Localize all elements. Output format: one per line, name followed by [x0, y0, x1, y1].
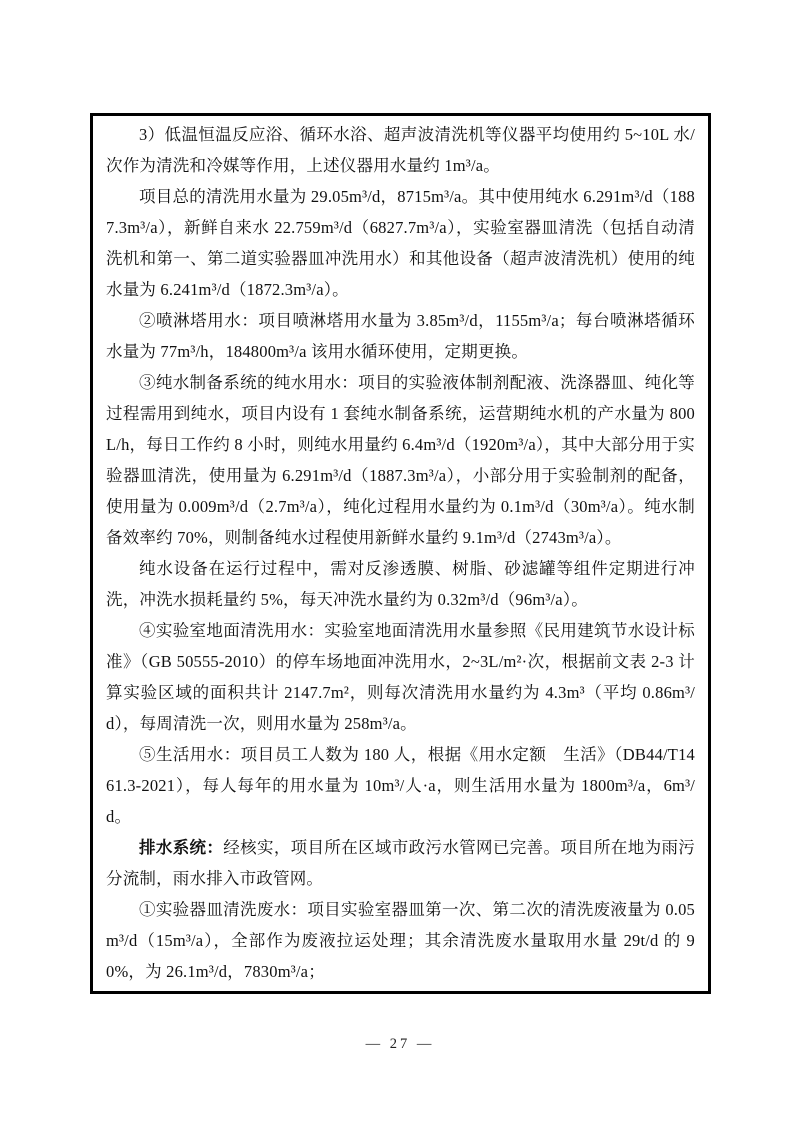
paragraph-text: ⑤生活用水：项目员工人数为 180 人，根据《用水定额 生活》（DB44/T14… [106, 745, 695, 826]
paragraph-prefix: 排水系统： [139, 838, 223, 857]
paragraph-equipment-flushing: 纯水设备在运行过程中，需对反渗透膜、树脂、砂滤罐等组件定期进行冲洗，冲洗水损耗量… [106, 553, 695, 615]
paragraph-text: ④实验室地面清洗用水：实验室地面清洗用水量参照《民用建筑节水设计标准》（GB 5… [106, 621, 695, 733]
paragraph-text: ①实验器皿清洗废水：项目实验室器皿第一次、第二次的清洗废液量为 0.05m³/d… [106, 900, 695, 981]
document-content-border: 3）低温恒温反应浴、循环水浴、超声波清洗机等仪器平均使用约 5~10L 水/次作… [90, 113, 711, 994]
page-number: — 27 — [0, 1036, 800, 1053]
paragraph-text: ③纯水制备系统的纯水用水：项目的实验液体制剂配液、洗涤器皿、纯化等过程需用到纯水… [106, 373, 695, 547]
paragraph-floor-cleaning-water: ④实验室地面清洗用水：实验室地面清洗用水量参照《民用建筑节水设计标准》（GB 5… [106, 615, 695, 739]
paragraph-text: 纯水设备在运行过程中，需对反渗透膜、树脂、砂滤罐等组件定期进行冲洗，冲洗水损耗量… [106, 559, 695, 609]
paragraph-drainage-system: 排水系统：经核实，项目所在区域市政污水管网已完善。项目所在地为雨污分流制，雨水排… [106, 832, 695, 894]
paragraph-text: ②喷淋塔用水：项目喷淋塔用水量为 3.85m³/d，1155m³/a；每台喷淋塔… [106, 311, 695, 361]
paragraph-text: 3）低温恒温反应浴、循环水浴、超声波清洗机等仪器平均使用约 5~10L 水/次作… [106, 125, 695, 175]
paragraph-glassware-wastewater: ①实验器皿清洗废水：项目实验室器皿第一次、第二次的清洗废液量为 0.05m³/d… [106, 894, 695, 987]
paragraph-pure-water-system: ③纯水制备系统的纯水用水：项目的实验液体制剂配液、洗涤器皿、纯化等过程需用到纯水… [106, 367, 695, 553]
paragraph-spray-tower-water: ②喷淋塔用水：项目喷淋塔用水量为 3.85m³/d，1155m³/a；每台喷淋塔… [106, 305, 695, 367]
paragraph-text: 项目总的清洗用水量为 29.05m³/d，8715m³/a。其中使用纯水 6.2… [106, 187, 695, 299]
document-page: 3）低温恒温反应浴、循环水浴、超声波清洗机等仪器平均使用约 5~10L 水/次作… [0, 0, 800, 1131]
paragraph-domestic-water: ⑤生活用水：项目员工人数为 180 人，根据《用水定额 生活》（DB44/T14… [106, 739, 695, 832]
paragraph-total-cleaning-water: 项目总的清洗用水量为 29.05m³/d，8715m³/a。其中使用纯水 6.2… [106, 181, 695, 305]
paragraph-instrument-water: 3）低温恒温反应浴、循环水浴、超声波清洗机等仪器平均使用约 5~10L 水/次作… [106, 119, 695, 181]
